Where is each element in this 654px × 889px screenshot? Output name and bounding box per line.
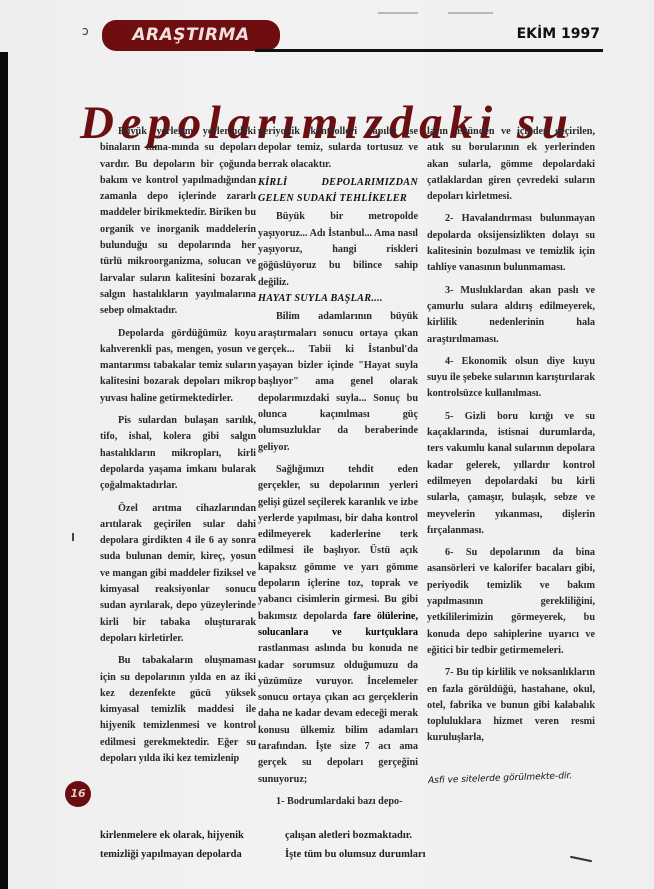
scan-artifact: [72, 533, 74, 541]
paragraph: Pis sulardan bulaşan sarılık, tifo, isha…: [100, 413, 256, 494]
scan-edge-bar: [0, 52, 8, 889]
subheading: HAYAT SUYLA BAŞLAR....: [258, 291, 418, 307]
continuation-line: İşte tüm bu olumsuz durumları: [285, 845, 485, 864]
article-column-3: ların üstünden ve içinden geçirilen, atı…: [427, 124, 595, 747]
paragraph: Bu tabakaların oluşmaması için su depola…: [100, 653, 256, 767]
header-divider: [255, 49, 603, 52]
paragraph: 1- Bodrumlardaki bazı depo-: [258, 794, 418, 810]
corner-mark-icon: ↄ: [82, 24, 89, 38]
paragraph-text: Sağlığımızı tehdit eden gerçekler, su de…: [258, 464, 418, 622]
top-rule-fragment: [378, 12, 418, 14]
page-number-badge: 16: [65, 781, 91, 807]
continuation-line: kirlenmelere ek olarak, hijyenik: [100, 826, 260, 845]
paragraph: Özel arıtma cihazlarından arıtılarak geç…: [100, 501, 256, 648]
list-item: 6- Su depolarının da bina asansörleri ve…: [427, 545, 595, 659]
paragraph: Bilim adamlarının büyük araştırmaları so…: [258, 309, 418, 456]
continuation-text-right: çalışan aletleri bozmaktadır. İşte tüm b…: [285, 826, 485, 864]
paragraph-text: rastlanması aslında bu konuda ne kadar s…: [258, 643, 418, 784]
article-column-1: Büyük yerleşim yerlerindeki binaların ta…: [100, 124, 256, 767]
paragraph: Sağlığımızı tehdit eden gerçekler, su de…: [258, 462, 418, 788]
list-item: 7- Bu tip kirlilik ve noksanlıkların en …: [427, 665, 595, 746]
subheading: KİRLİ DEPOLARIMIZDAN GELEN SUDAKİ TEHLİK…: [258, 175, 418, 208]
top-rule-fragment: [448, 12, 493, 14]
issue-date: EKİM 1997: [517, 26, 600, 42]
paragraph: periyodik kontrolleri yapılır ise depola…: [258, 124, 418, 173]
paragraph: ların üstünden ve içinden geçirilen, atı…: [427, 124, 595, 205]
continuation-line: temizliği yapılmayan depolarda: [100, 845, 260, 864]
paragraph: Büyük yerleşim yerlerindeki binaların ta…: [100, 124, 256, 320]
list-item: 5- Gizli boru kırığı ve su kaçaklarında,…: [427, 409, 595, 539]
list-item: 4- Ekonomik olsun diye kuyu suyu ile şeb…: [427, 354, 595, 403]
list-item: 3- Musluklardan akan paslı ve çamurlu su…: [427, 283, 595, 348]
list-item: 2- Havalandırması bulunmayan depolarda o…: [427, 211, 595, 276]
continuation-line: çalışan aletleri bozmaktadır.: [285, 826, 485, 845]
paragraph: Büyük bir metropolde yaşıyoruz... Adı İs…: [258, 209, 418, 290]
continuation-text-left: kirlenmelere ek olarak, hijyenik temizli…: [100, 826, 260, 864]
page-header: ↄ ARAŞTIRMA EKİM 1997: [90, 20, 610, 52]
paragraph: Depolarda gördüğümüz koyu kahverenkli pa…: [100, 326, 256, 407]
article-column-2: periyodik kontrolleri yapılır ise depola…: [258, 124, 418, 810]
section-label: ARAŞTIRMA: [102, 20, 280, 51]
